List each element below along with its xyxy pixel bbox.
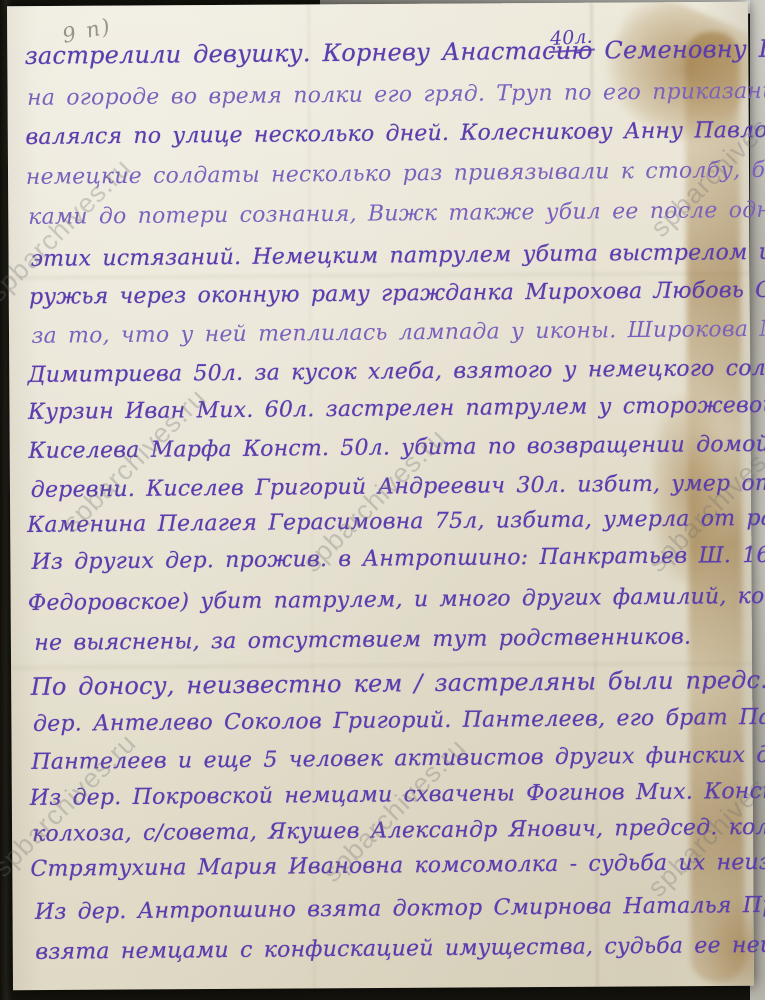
handwritten-line: валялся по улице несколько дней. Колесни… [25, 117, 765, 150]
handwritten-line: Пантелеев и еще 5 человек активистов дру… [31, 742, 765, 775]
handwritten-line: этих истязаний. Немецким патрулем убита … [31, 240, 765, 272]
handwritten-text: застрелили девушку. Корневу Анастасию Се… [0, 0, 765, 1000]
handwritten-line: ками до потери сознания, Вижк также убил… [28, 197, 765, 230]
handwritten-line: По доносу, неизвестно кем / застреляны б… [31, 665, 765, 701]
handwritten-line: Из дер. Антропшино взята доктор Смирнова… [35, 891, 765, 925]
handwritten-line: Федоровское) убит патрулем, и много друг… [28, 583, 765, 616]
handwritten-line: Из дер. Покровской немцами схвачены Фоги… [30, 778, 765, 811]
handwritten-line: Каменина Пелагея Герасимовна 75л, избита… [27, 506, 765, 538]
handwritten-line: колхоза, с/совета, Якушев Александр Янов… [32, 814, 765, 847]
handwritten-line: не выяснены, за отсутствием тут родствен… [34, 625, 691, 656]
handwritten-line: Стрятухина Мария Ивановна комсомолка - с… [30, 849, 765, 882]
handwritten-line: застрелили девушку. Корневу Анастасию Се… [25, 33, 765, 70]
photo-backdrop: 9 п) 40л. застрелили девушку. Корневу Ан… [0, 0, 765, 1000]
handwritten-line: за то, что у ней теплилась лампада у ико… [31, 316, 765, 349]
handwritten-line: деревни. Киселев Григорий Андреевич 30л.… [31, 470, 765, 503]
handwritten-line: взята немцами с конфискацией имущества, … [35, 932, 765, 965]
handwritten-line: Из других дер. прожив. в Антропшино: Пан… [31, 542, 765, 575]
handwritten-line: Курзин Иван Мих. 60л. застрелен патрулем… [28, 392, 765, 425]
handwritten-line: на огороде во время полки его гряд. Труп… [27, 79, 765, 111]
handwritten-line: ружья через оконную раму гражданка Мирох… [29, 277, 765, 310]
handwritten-line: Киселева Марфа Конст. 50л. убита по возв… [28, 431, 765, 464]
handwritten-line: немецкие солдаты несколько раз привязыва… [26, 157, 765, 190]
handwritten-line: Димитриева 50л. за кусок хлеба, взятого … [28, 355, 765, 388]
handwritten-line: дер. Антелево Соколов Григорий. Пантелее… [33, 704, 765, 737]
